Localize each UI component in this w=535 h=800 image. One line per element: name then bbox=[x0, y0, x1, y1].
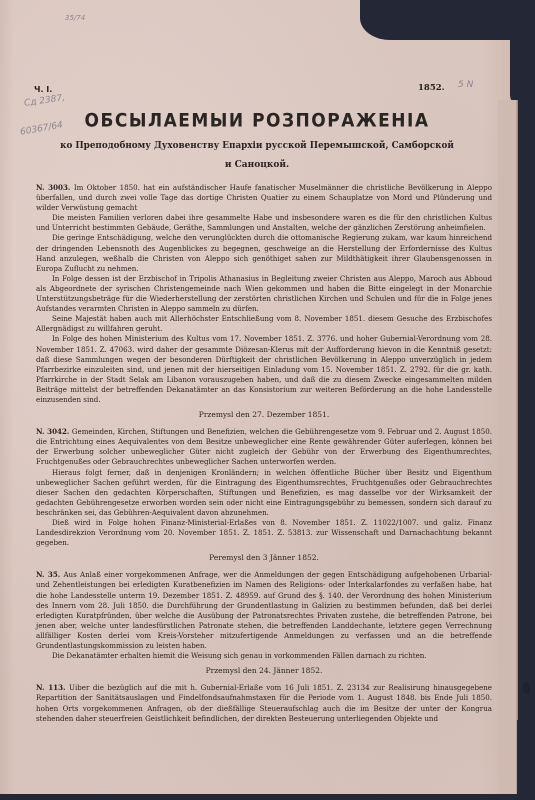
date-line: Przemysl den 24. Jänner 1852. bbox=[36, 666, 492, 676]
decree-number: N. 3042. bbox=[36, 427, 69, 436]
paragraph: Dieß wird in Folge hohen Finanz-Minister… bbox=[36, 518, 492, 548]
paragraph: Seine Majestät haben auch mit Allerhöchs… bbox=[36, 314, 492, 334]
paragraph: Die geringe Entschädigung, welche den ve… bbox=[36, 233, 492, 273]
date-line: Przemysl den 27. Dezember 1851. bbox=[36, 410, 492, 420]
page-title: ОБСЫЛАЕМЫИ РОЗПОРАЖЕНІА bbox=[0, 110, 514, 132]
date-line: Peremysl den 3 Jänner 1852. bbox=[36, 553, 492, 563]
paragraph: N. 35. Aus Anlaß einer vorgekommenen Anf… bbox=[36, 570, 492, 651]
decree-number: N. 113. bbox=[36, 683, 66, 692]
document-body: N. 3003. Im Oktober 1850. hat ein aufstä… bbox=[36, 183, 492, 724]
year: 1852. bbox=[418, 83, 445, 93]
decree-number: N. 35. bbox=[36, 570, 60, 579]
decree-number: N. 3003. bbox=[36, 183, 70, 192]
subtitle: ко Преподобному Духовенству Епархіи русс… bbox=[0, 141, 514, 151]
background-bottom bbox=[0, 794, 535, 800]
pencil-mark: 5 N bbox=[458, 80, 473, 90]
paragraph: N. 3042. Gemeinden, Kirchen, Stiftungen … bbox=[36, 427, 492, 467]
part-number: Ч. I. bbox=[34, 85, 52, 94]
paragraph: In Folge dessen ist der Erzbischof in Tr… bbox=[36, 274, 492, 314]
torn-edge-right bbox=[498, 100, 517, 800]
paragraph: In Folge des hohen Ministerium des Kultu… bbox=[36, 334, 492, 405]
paragraph: Die Dekanatämter erhalten hiemit die Wei… bbox=[36, 651, 492, 661]
ink-blot bbox=[523, 682, 530, 694]
torn-corner-top-right bbox=[510, 30, 535, 105]
torn-corner-top bbox=[360, 0, 535, 40]
paper-crease bbox=[517, 100, 518, 720]
paragraph: Die meisten Familien verloren dabei ihre… bbox=[36, 213, 492, 233]
paragraph: N. 113. Uiber die bezüglich auf die mit … bbox=[36, 683, 492, 723]
subtitle: и Саноцкой. bbox=[0, 160, 514, 170]
pencil-mark: 35/74 bbox=[65, 14, 85, 22]
paragraph: N. 3003. Im Oktober 1850. hat ein aufstä… bbox=[36, 183, 492, 213]
paragraph: Hieraus folgt ferner, daß in denjenigen … bbox=[36, 468, 492, 518]
